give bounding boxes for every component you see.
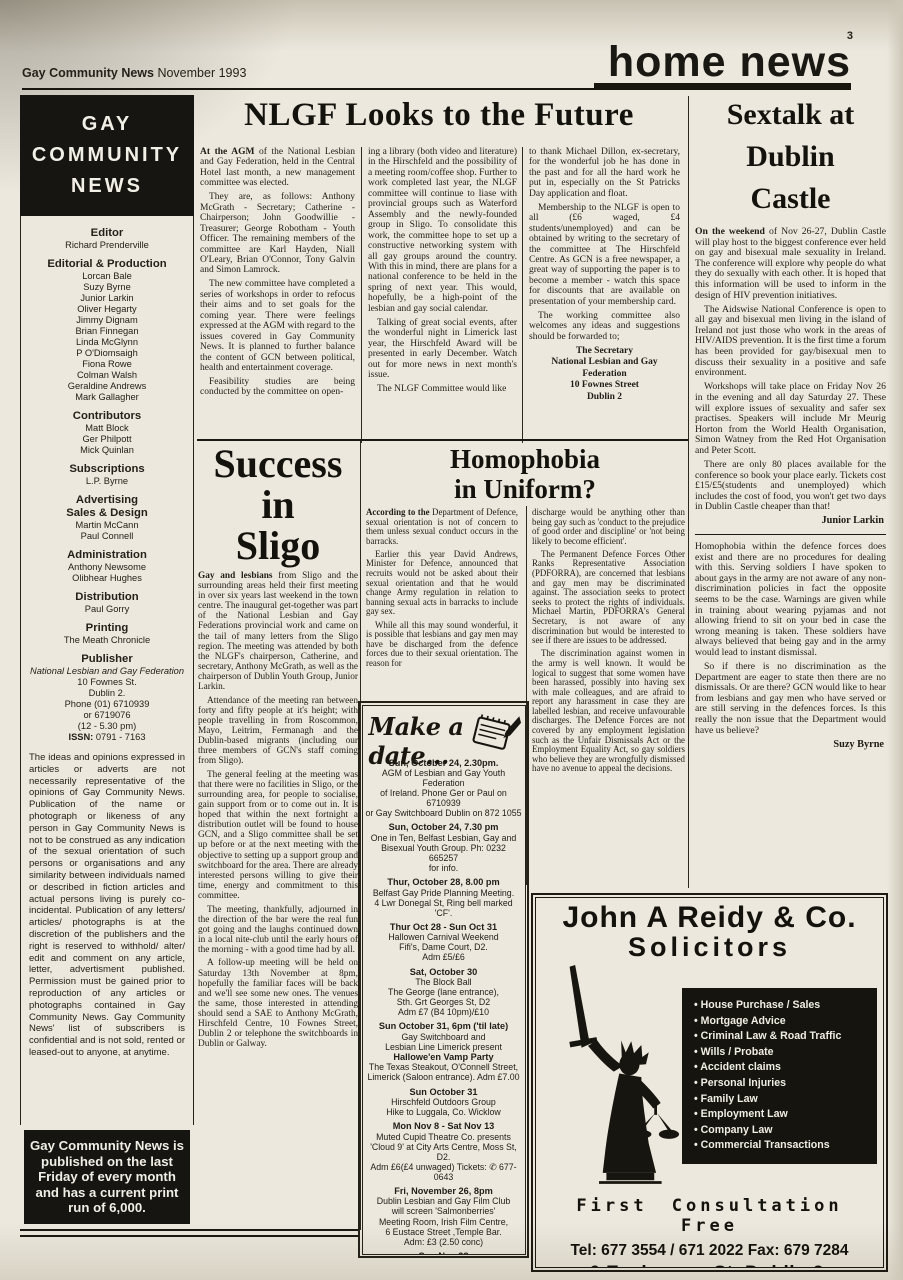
issue-name: Gay Community News (22, 66, 154, 80)
credit-names: Lorcan Bale Suzy Byrne Junior Larkin Oli… (28, 271, 186, 403)
sextalk-headline: Sextalk at Dublin Castle (695, 94, 886, 220)
paragraph: On the weekend of Nov 26-27, Dublin Cast… (695, 227, 886, 301)
masthead-credits: Editor Richard Prenderville Editorial & … (20, 216, 194, 1125)
publisher-heading: Publisher (28, 653, 186, 666)
disclaimer: The ideas and opinions expressed in arti… (28, 752, 186, 1059)
byline: Junior Larkin (695, 516, 884, 527)
credit-names: L.P. Byrne (28, 476, 186, 487)
credit-names: Matt Block Ger Philpott Mick Quinlan (28, 423, 186, 456)
credit-names: Richard Prenderville (28, 240, 186, 251)
justice-statue-icon (542, 963, 680, 1189)
paragraph: The new committee have completed a serie… (200, 279, 355, 373)
sligo-article: Success in Sligo Gay and lesbians from S… (198, 443, 358, 1237)
event-item: Sat, October 30The Block Ball The George… (366, 967, 522, 1018)
ad-title: John A Reidy & Co. (542, 902, 877, 933)
section-underline (594, 83, 851, 89)
credit-heading: Editor (28, 227, 186, 240)
ad-address: 6 Exchequer St. Dublin 2. (542, 1263, 877, 1268)
credit-heading: Printing (28, 622, 186, 635)
credit-names: Paul Gorry (28, 604, 186, 615)
article-divider (695, 534, 886, 535)
lead-in: At the AGM (200, 147, 254, 157)
publisher-details: 10 Fownes St. Dublin 2. Phone (01) 67109… (28, 677, 186, 732)
credit-heading: Administration (28, 549, 186, 562)
article-separator-rule (197, 439, 688, 441)
ad-phone-line: Tel: 677 3554 / 671 2022 Fax: 679 7284 (542, 1242, 877, 1260)
event-item: Thur Oct 28 - Sun Oct 31Hallowen Carniva… (366, 922, 522, 963)
homophobia-column-1: According to the Department of Defence, … (366, 508, 518, 702)
paragraph: ing a library (both video and literature… (368, 147, 517, 314)
event-item: Sun October 31, 6pm ('til late)Gay Switc… (366, 1021, 522, 1082)
credit-heading: Editorial & Production (28, 258, 186, 271)
paragraph: Feasibility studies are being conducted … (200, 377, 355, 398)
nlgf-column-3: to thank Michael Dillon, ex-secretary, f… (529, 147, 680, 444)
event-item: Sun Nov 28Hirschfeld Outdoors Group Hike… (366, 1251, 522, 1255)
issue-line: Gay Community News November 1993 (22, 66, 246, 80)
publisher-name: National Lesbian and Gay Federation (28, 666, 186, 677)
paragraph: The working committee also welcomes any … (529, 311, 680, 342)
paragraph: The Permanent Defence Forces Other Ranks… (532, 550, 685, 646)
newspaper-page: 3 Gay Community News November 1993 home … (0, 0, 903, 1280)
credit-heading: Advertising Sales & Design (28, 494, 186, 520)
homophobia-headline: Homophobia in Uniform? (363, 444, 687, 504)
credit-names: Anthony Newsome Olibhear Hughes (28, 562, 186, 584)
masthead-logo: GAY COMMUNITY NEWS (20, 95, 194, 216)
notepad-icon (469, 712, 521, 759)
lead-in: Gay and lesbians (198, 571, 273, 581)
paragraph: Gay and lesbians from Sligo and the surr… (198, 571, 358, 692)
section-title: home news (608, 38, 851, 87)
issue-date: November 1993 (154, 66, 246, 80)
paragraph: Attendance of the meeting ran between fo… (198, 696, 358, 767)
paragraph: So if there is no discrimination as the … (695, 662, 886, 736)
column-rule (361, 147, 362, 443)
credit-heading: Distribution (28, 591, 186, 604)
paragraph: There are only 80 places available for t… (695, 460, 886, 513)
paragraph: Membership to the NLGF is open to all (£… (529, 203, 680, 308)
paragraph: The Aidswise National Conference is open… (695, 305, 886, 379)
credit-names: The Meath Chronicle (28, 635, 186, 646)
byline: Suzy Byrne (695, 740, 884, 751)
make-a-date-inner: Make a date... Sun, October 24, 2.30pm.A… (362, 705, 526, 1255)
paragraph: While all this may sound wonderful, it i… (366, 621, 518, 669)
paragraph: Talking of great social events, after th… (368, 318, 517, 381)
credit-heading: Subscriptions (28, 463, 186, 476)
event-item: Sun October 31Hirschfeld Outdoors Group … (366, 1087, 522, 1118)
paragraph: The meeting, thankfully, adjourned in th… (198, 905, 358, 955)
event-item: Thur, October 28, 8.00 pmBelfast Gay Pri… (366, 877, 522, 918)
solicitors-ad: John A Reidy & Co. Solicitors (531, 893, 888, 1272)
make-a-date-box: Make a date... Sun, October 24, 2.30pm.A… (358, 701, 529, 1258)
paragraph: The NLGF Committee would like (368, 384, 517, 394)
paper-shading-right (887, 0, 903, 1280)
issn-label: ISSN: (68, 732, 93, 742)
paragraph: Workshops will take place on Friday Nov … (695, 382, 886, 456)
ad-subtitle: Solicitors (542, 933, 877, 961)
paragraph: At the AGM of the National Lesbian and G… (200, 147, 355, 189)
event-item: Fri, November 26, 8pmDublin Lesbian and … (366, 1186, 522, 1247)
ad-services-list: • House Purchase / Sales • Mortgage Advi… (682, 988, 877, 1164)
sligo-headline: Success in Sligo (198, 443, 358, 566)
paragraph: Earlier this year David Andrews, Ministe… (366, 550, 518, 617)
credit-names: Martin McCann Paul Connell (28, 520, 186, 542)
event-item: Sun, October 24, 2.30pm.AGM of Lesbian a… (366, 758, 522, 819)
paragraph: The discrimination against women in the … (532, 649, 685, 774)
nlgf-column-2: ing a library (both video and literature… (368, 147, 517, 444)
contact-address: The Secretary National Lesbian and Gay F… (529, 346, 680, 404)
event-item: Sun, October 24, 7.30 pmOne in Ten, Belf… (366, 822, 522, 873)
issn-line: ISSN: 0791 - 7163 (28, 732, 186, 743)
issn-value: 0791 - 7163 (93, 732, 145, 742)
lead-in: On the weekend (695, 226, 765, 237)
paragraph: The general feeling at the meeting was t… (198, 770, 358, 901)
paragraph: A follow-up meeting will be held on Satu… (198, 958, 358, 1049)
publication-notice: Gay Community News is published on the l… (24, 1130, 190, 1224)
paragraph: discharge would be anything other than b… (532, 508, 685, 546)
solicitors-ad-inner: John A Reidy & Co. Solicitors (535, 897, 884, 1268)
event-item: Mon Nov 8 - Sat Nov 13Muted Cupid Theatr… (366, 1121, 522, 1182)
nlgf-column-1: At the AGM of the National Lesbian and G… (200, 147, 355, 444)
nlgf-headline: NLGF Looks to the Future (199, 97, 679, 134)
sextalk-article: Sextalk at Dublin Castle On the weekend … (695, 94, 886, 894)
homophobia-column-2: discharge would be anything other than b… (532, 508, 685, 884)
paragraph: They are, as follows: Anthony McGrath - … (200, 192, 355, 276)
column-rule (688, 96, 689, 888)
paragraph: to thank Michael Dillon, ex-secretary, f… (529, 147, 680, 199)
paragraph: According to the Department of Defence, … (366, 508, 518, 546)
ad-consultation-line: First Consultation Free (542, 1196, 877, 1236)
column-rule (522, 147, 523, 443)
paragraph: Homophobia within the defence forces doe… (695, 542, 886, 659)
credit-heading: Contributors (28, 410, 186, 423)
